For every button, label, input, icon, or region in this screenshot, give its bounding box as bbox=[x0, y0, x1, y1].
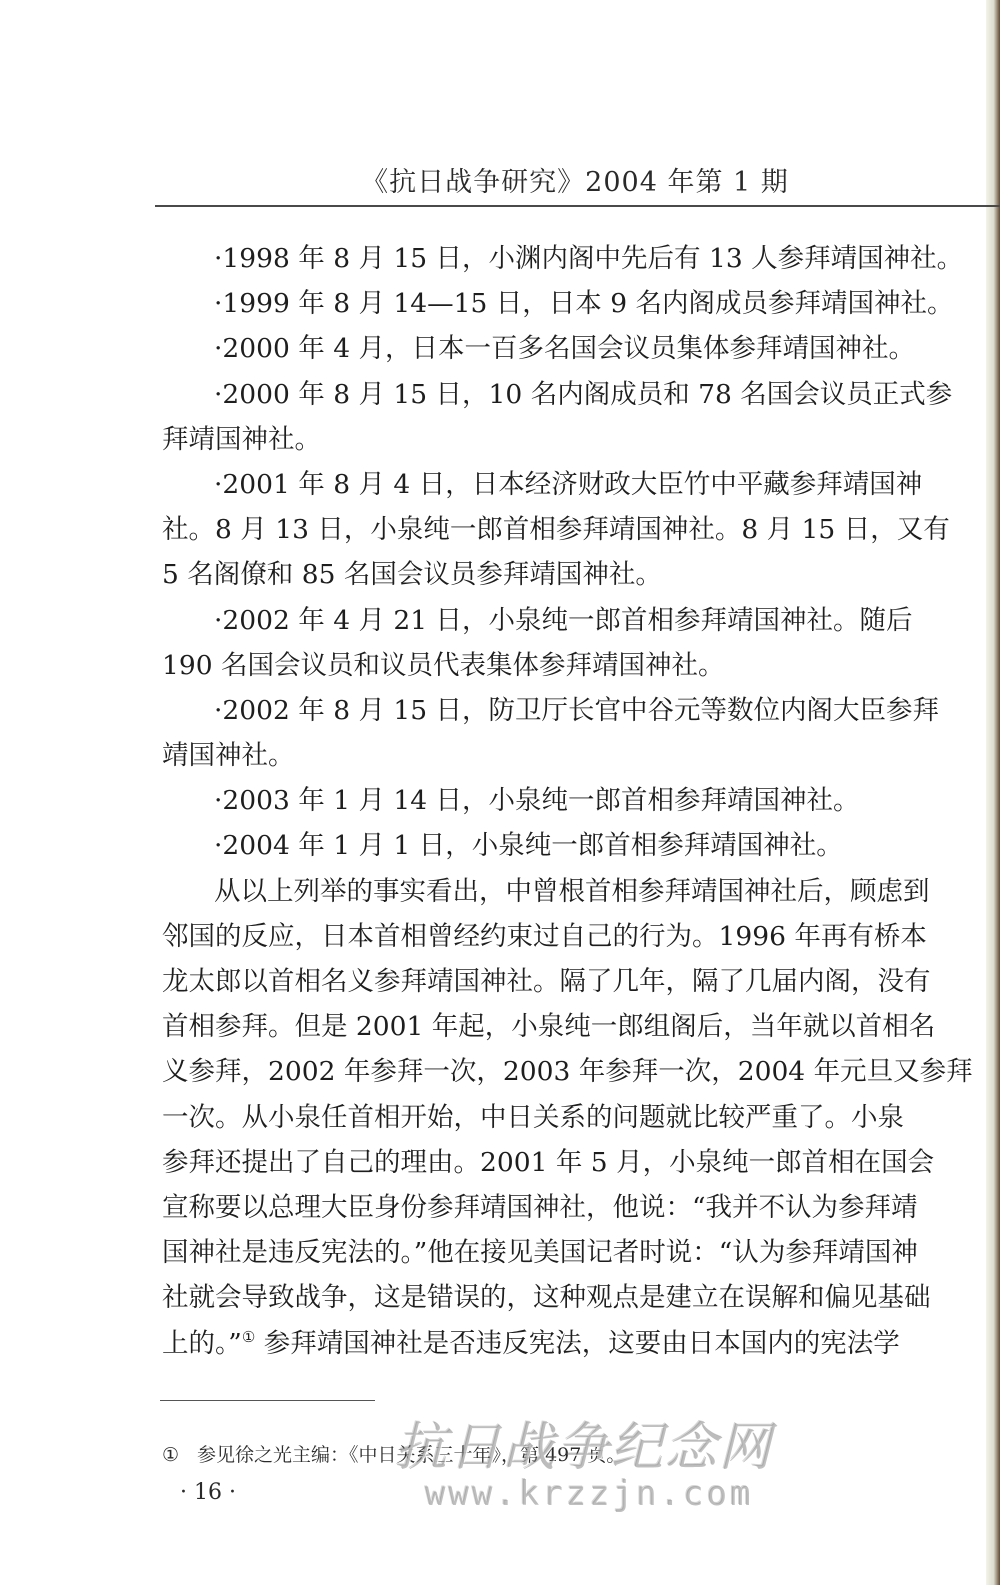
text-line: 一次。从小泉任首相开始，中日关系的问题就比较严重了。小泉 bbox=[162, 1095, 988, 1140]
text-line: ·2002 年 8 月 15 日，防卫厅长官中谷元等数位内阁大臣参拜 bbox=[162, 688, 988, 733]
footnote-divider bbox=[160, 1400, 375, 1401]
text-line: 靖国神社。 bbox=[162, 733, 988, 778]
text-line: 参拜还提出了自己的理由。2001 年 5 月，小泉纯一郎首相在国会 bbox=[162, 1140, 988, 1185]
text-line: 社就会导致战争，这是错误的，这种观点是建立在误解和偏见基础 bbox=[162, 1275, 988, 1320]
text-line: ·1999 年 8 月 14—15 日，日本 9 名内阁成员参拜靖国神社。 bbox=[162, 281, 988, 326]
book-spine-shadow bbox=[986, 0, 1000, 1585]
text-line: 5 名阁僚和 85 名国会议员参拜靖国神社。 bbox=[162, 552, 988, 597]
body-text: ·1998 年 8 月 15 日，小渊内阁中先后有 13 人参拜靖国神社。·19… bbox=[162, 236, 988, 1366]
text-line: 社。8 月 13 日，小泉纯一郎首相参拜靖国神社。8 月 15 日，又有 bbox=[162, 507, 988, 552]
text-line: ·2000 年 4 月，日本一百多名国会议员集体参拜靖国神社。 bbox=[162, 326, 988, 371]
header-divider bbox=[155, 205, 1000, 207]
text-segment: 上的。” bbox=[162, 1328, 242, 1359]
page-number: · 16 · bbox=[180, 1480, 236, 1505]
text-line: ·2000 年 8 月 15 日，10 名内阁成员和 78 名国会议员正式参 bbox=[162, 372, 988, 417]
text-line: ·2004 年 1 月 1 日，小泉纯一郎首相参拜靖国神社。 bbox=[162, 823, 988, 868]
text-line-with-footnote-ref: 上的。”① 参拜靖国神社是否违反宪法，这要由日本国内的宪法学 bbox=[162, 1321, 988, 1366]
text-line: 190 名国会议员和议员代表集体参拜靖国神社。 bbox=[162, 643, 988, 688]
text-line: ·2002 年 4 月 21 日，小泉纯一郎首相参拜靖国神社。随后 bbox=[162, 598, 988, 643]
text-line: 首相参拜。但是 2001 年起，小泉纯一郎组阁后，当年就以首相名 bbox=[162, 1004, 988, 1049]
footnote-reference[interactable]: ① bbox=[242, 1328, 255, 1346]
text-line: 从以上列举的事实看出，中曾根首相参拜靖国神社后，顾虑到 bbox=[162, 869, 988, 914]
text-line: 国神社是违反宪法的。”他在接见美国记者时说：“认为参拜靖国神 bbox=[162, 1230, 988, 1275]
watermark-site-name: 抗日战争纪念网 bbox=[395, 1405, 773, 1480]
running-header: 《抗日战争研究》2004 年第 1 期 bbox=[0, 160, 1000, 199]
text-line: ·2001 年 8 月 4 日，日本经济财政大臣竹中平藏参拜靖国神 bbox=[162, 462, 988, 507]
watermark: 抗日战争纪念网 www.krzzjn.com bbox=[395, 1405, 773, 1514]
text-line: ·2003 年 1 月 14 日，小泉纯一郎首相参拜靖国神社。 bbox=[162, 778, 988, 823]
text-segment: 参拜靖国神社是否违反宪法，这要由日本国内的宪法学 bbox=[255, 1328, 899, 1359]
text-line: ·1998 年 8 月 15 日，小渊内阁中先后有 13 人参拜靖国神社。 bbox=[162, 236, 988, 281]
text-line: 义参拜，2002 年参拜一次，2003 年参拜一次，2004 年元旦又参拜 bbox=[162, 1049, 988, 1094]
footnote-mark: ① bbox=[162, 1444, 179, 1466]
text-line: 龙太郎以首相名义参拜靖国神社。隔了几年，隔了几届内阁，没有 bbox=[162, 959, 988, 1004]
watermark-url: www.krzzjn.com bbox=[395, 1474, 773, 1514]
text-line: 邻国的反应，日本首相曾经约束过自己的行为。1996 年再有桥本 bbox=[162, 914, 988, 959]
text-line: 拜靖国神社。 bbox=[162, 417, 988, 462]
text-line: 宣称要以总理大臣身份参拜靖国神社，他说：“我并不认为参拜靖 bbox=[162, 1185, 988, 1230]
